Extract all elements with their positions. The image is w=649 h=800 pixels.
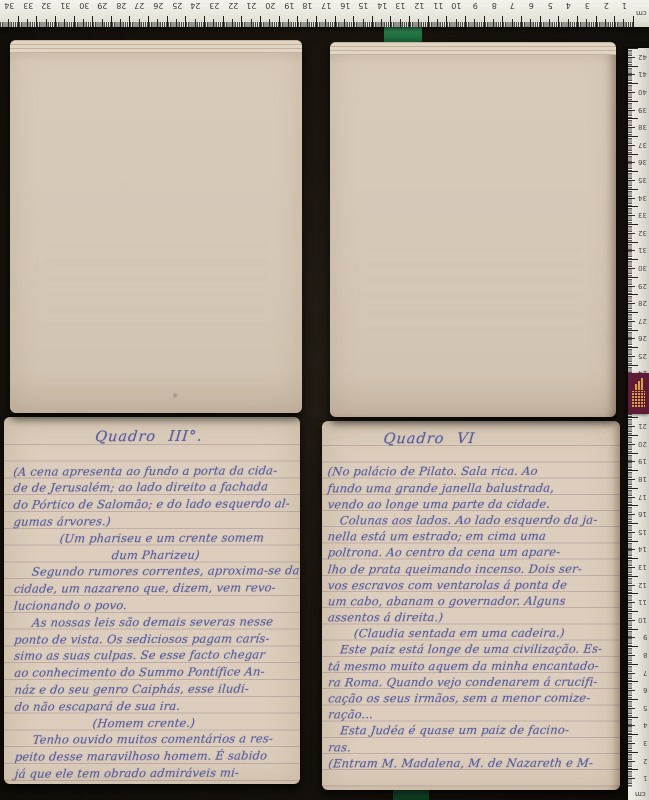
manuscript-line: ras. xyxy=(322,738,621,755)
ruler-cm-mark: 30 xyxy=(628,259,649,277)
ruler-cm-mark: 4 xyxy=(559,0,578,27)
manuscript-line: vendo ao longe uma parte da cidade. xyxy=(322,495,621,512)
ruler-cm-mark: 14 xyxy=(373,0,392,27)
ruler-cm-mark: 38 xyxy=(628,118,649,136)
ruler-cm-mark: 21 xyxy=(628,417,649,435)
page-top-left-blank xyxy=(10,40,302,413)
ruler-cm-mark: 22 xyxy=(224,0,243,27)
manuscript-line: ponto de vista. Os sediciosos pagam carí… xyxy=(3,630,301,648)
paper-blemish xyxy=(173,393,178,399)
manuscript-line: ao conhecimento do Summo Pontífice An- xyxy=(4,663,301,681)
ruler-cm-mark: 26 xyxy=(149,0,168,27)
manuscript-line: ra Roma. Quando vejo condenarem á crucif… xyxy=(322,673,621,690)
ruler-cm-mark: 2 xyxy=(597,0,616,27)
manuscript-line: fundo uma grande janella balustrada, xyxy=(322,479,621,496)
manuscript-line: do Pórtico de Salomão; e do lado esquerd… xyxy=(3,495,300,513)
ruler-cm-mark: 20 xyxy=(261,0,280,27)
ruler-cm-mark: 15 xyxy=(628,523,649,541)
ruler-cm-mark: 16 xyxy=(628,505,649,523)
ruler-unit-label: cm xyxy=(636,9,647,17)
ruler-cm-mark: 5 xyxy=(628,699,649,717)
ruler-cm-mark: 10 xyxy=(628,611,649,629)
ruler-cm-mark: 2 xyxy=(628,752,649,770)
ruler-cm-mark: 31 xyxy=(56,0,75,27)
manuscript-line: simo as suas culpas. Se esse facto chega… xyxy=(3,647,301,665)
manuscript-line: poltrona. Ao centro da cena um apare- xyxy=(322,544,621,561)
page-bottom-left: Quadro III°.(A cena apresenta ao fundo a… xyxy=(4,417,300,784)
manuscript-line: lho de prata queimando incenso. Dois ser… xyxy=(322,560,621,577)
ruler-cm-mark: 18 xyxy=(628,470,649,488)
manuscript-line: Colunas aos lados. Ao lado esquerdo da j… xyxy=(322,512,621,529)
manuscript-line: cação os seus irmãos, sem a menor comize… xyxy=(322,690,621,707)
ruler-cm-mark: 11 xyxy=(628,593,649,611)
ruler-cm-mark: 8 xyxy=(628,646,649,664)
ruler-cm-mark: 18 xyxy=(298,0,317,27)
ruler-cm-mark: 40 xyxy=(628,83,649,101)
ruler-cm-mark: 34 xyxy=(628,189,649,207)
page-bottom-left-lines: Quadro III°.(A cena apresenta ao fundo a… xyxy=(3,416,301,785)
manuscript-line: (Um phariseu e um crente somem xyxy=(3,529,300,547)
ruler-cm-mark: 3 xyxy=(628,734,649,752)
ruler-cm-mark: 29 xyxy=(628,277,649,295)
ruler-cm-mark: 12 xyxy=(628,576,649,594)
ruler-cm-mark: 31 xyxy=(628,242,649,260)
ruler-cm-mark: 12 xyxy=(410,0,429,27)
logo-building-icon xyxy=(632,391,645,407)
vertical-ruler: 4241403938373635343332313029282726252423… xyxy=(628,48,649,800)
manuscript-line xyxy=(3,445,300,463)
ruler-cm-mark: 21 xyxy=(242,0,261,27)
horizontal-ruler: cm 3433323130292827262524232221201918171… xyxy=(0,0,649,27)
ruler-cm-mark: 19 xyxy=(628,453,649,471)
manuscript-line: (A cena apresenta ao fundo a porta da ci… xyxy=(3,462,300,480)
ruler-cm-mark: 36 xyxy=(628,154,649,172)
manuscript-line: já que ele tem obrado admiráveis mi- xyxy=(4,764,301,782)
ruler-cm-mark: 16 xyxy=(336,0,355,27)
manuscript-line: lucionando o povo. xyxy=(3,596,301,614)
ruler-cm-mark: 27 xyxy=(130,0,149,27)
manuscript-line: Segundo rumores correntes, aproxima-se d… xyxy=(3,563,301,581)
ruler-cm-mark: 9 xyxy=(628,629,649,647)
ruler-cm-mark: 37 xyxy=(628,136,649,154)
manuscript-line: peito desse maravilhoso homem. É sabido xyxy=(4,747,301,765)
manuscript-line: Esta Judéa é quase um paiz de facino- xyxy=(322,722,621,739)
ruler-cm-mark: 35 xyxy=(628,171,649,189)
ruler-cm-mark: 34 xyxy=(0,0,19,27)
bleed-through-ghost xyxy=(366,248,582,344)
manuscript-line: (Entram M. Madalena, M. de Nazareth e M- xyxy=(322,754,621,771)
manuscript-line: Tenho ouvido muitos comentários a res- xyxy=(4,731,301,749)
logo-bars-icon xyxy=(635,376,643,390)
ruler-cm-mark: 20 xyxy=(628,435,649,453)
manuscript-line: ração... xyxy=(322,706,621,723)
ruler-cm-mark: 10 xyxy=(447,0,466,27)
ruler-cm-mark: 24 xyxy=(186,0,205,27)
manuscript-line: As nossas leis são demais severas nesse xyxy=(3,613,301,631)
archive-logo-icon xyxy=(628,373,649,414)
ruler-cm-mark: 8 xyxy=(485,0,504,27)
ruler-cm-mark: 25 xyxy=(168,0,187,27)
manuscript-line: Este paiz está longe de uma civilização.… xyxy=(322,641,621,658)
ruler-cm-mark: 1 xyxy=(615,0,634,27)
manuscript-line: dum Pharizeu) xyxy=(3,546,301,564)
manuscript-line xyxy=(322,447,621,464)
ruler-cm-mark: 1 xyxy=(628,769,649,787)
ruler-cm-mark: 6 xyxy=(522,0,541,27)
ruler-cm-mark: 23 xyxy=(205,0,224,27)
ruler-cm-mark: 17 xyxy=(628,488,649,506)
ruler-cm-mark: 33 xyxy=(19,0,38,27)
ruler-cm-mark: 39 xyxy=(628,101,649,119)
manuscript-photo: Quadro III°.(A cena apresenta ao fundo a… xyxy=(0,0,649,800)
ruler-cm-mark: 5 xyxy=(541,0,560,27)
page-title: Quadro III°. xyxy=(3,428,300,446)
ruler-cm-mark: 3 xyxy=(578,0,597,27)
manuscript-line: (No palácio de Pilato. Sala rica. Ao xyxy=(322,463,621,480)
bleed-through-ghost xyxy=(46,245,268,341)
ruler-cm-mark: 9 xyxy=(466,0,485,27)
manuscript-line: (Claudia sentada em uma cadeira.) xyxy=(322,625,621,642)
ruler-cm-mark: 17 xyxy=(317,0,336,27)
ruler-cm-mark: 6 xyxy=(628,681,649,699)
ruler-cm-mark: 29 xyxy=(93,0,112,27)
ruler-cm-mark: 41 xyxy=(628,66,649,84)
manuscript-line: vos escravos com ventarolas á ponta de xyxy=(322,576,621,593)
ruler-cm-mark: 33 xyxy=(628,206,649,224)
ruler-unit-label: cm xyxy=(635,790,646,798)
ruler-cm-mark: 7 xyxy=(628,664,649,682)
ruler-cm-mark: 13 xyxy=(628,558,649,576)
manuscript-line: do não escapará de sua ira. xyxy=(4,697,301,715)
page-top-right-blank xyxy=(330,42,616,417)
ruler-cm-mark: 11 xyxy=(429,0,448,27)
manuscript-line: náz e do seu genro Caiphás, esse iludi- xyxy=(4,680,301,698)
ruler-cm-mark: 13 xyxy=(391,0,410,27)
ruler-cm-mark: 42 xyxy=(628,48,649,66)
manuscript-line: nella está um estrado; em cima uma xyxy=(322,528,621,545)
ruler-cm-mark: 32 xyxy=(628,224,649,242)
ruler-cm-mark: 26 xyxy=(628,330,649,348)
ruler-cm-mark: 30 xyxy=(75,0,94,27)
ruler-cm-mark: 28 xyxy=(112,0,131,27)
ruler-cm-mark: 4 xyxy=(628,717,649,735)
manuscript-line: um cabo, abanam o governador. Alguns xyxy=(322,592,621,609)
page-bottom-right: Quadro VI(No palácio de Pilato. Sala ric… xyxy=(322,421,620,790)
manuscript-line: tá mesmo muito aquem da minha encantado- xyxy=(322,657,621,674)
ruler-cm-mark: 15 xyxy=(354,0,373,27)
ruler-cm-mark: 28 xyxy=(628,294,649,312)
page-bottom-right-lines: Quadro VI(No palácio de Pilato. Sala ric… xyxy=(322,421,621,791)
ruler-cm-mark: 25 xyxy=(628,347,649,365)
ruler-cm-mark: 7 xyxy=(503,0,522,27)
manuscript-line: gumas árvores.) xyxy=(3,512,300,530)
manuscript-line: cidade, um nazareno que, dizem, vem revo… xyxy=(3,579,301,597)
manuscript-line: de de Jerusalém; ao lado direito a facha… xyxy=(3,479,300,497)
vertical-ruler-cells: 4241403938373635343332313029282726252423… xyxy=(628,48,649,787)
ruler-cm-mark: 19 xyxy=(280,0,299,27)
ruler-cm-mark: 27 xyxy=(628,312,649,330)
page-title: Quadro VI xyxy=(322,431,621,448)
ruler-cm-mark: 14 xyxy=(628,541,649,559)
manuscript-line: (Homem crente.) xyxy=(4,714,301,732)
ruler-cm-mark: 32 xyxy=(37,0,56,27)
manuscript-line: assentos á direita.) xyxy=(322,609,621,626)
